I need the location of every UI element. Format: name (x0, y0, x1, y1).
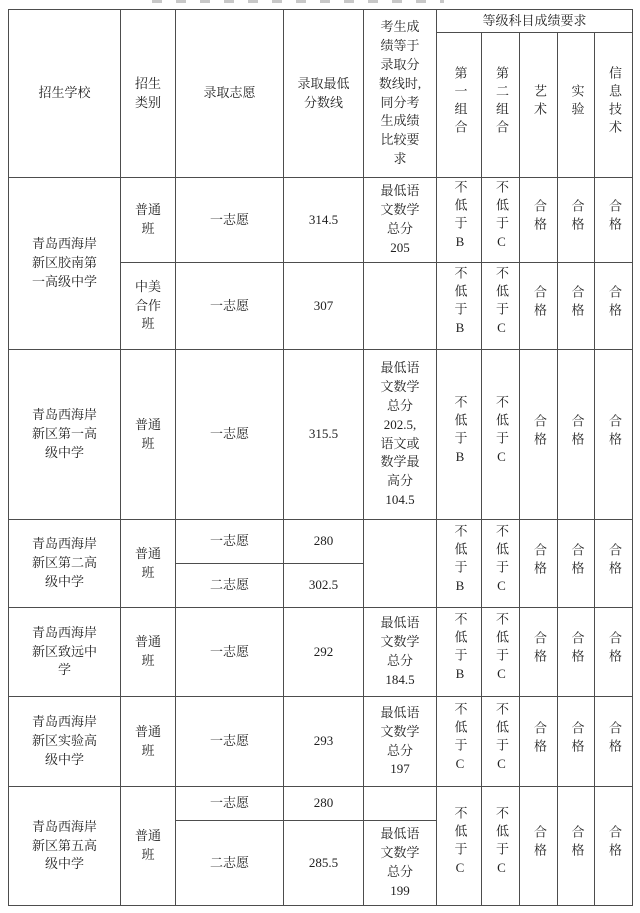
admission-cutoff-table: 招生学校 招生 类别 录取志愿 录取最低 分数线 考生成 绩等于 录取分 数线时… (8, 9, 633, 906)
grade-it-cell: 合格 (595, 520, 633, 608)
choice-cell: 一志愿 (176, 178, 284, 263)
school-cell: 青岛西海岸 新区第一高 级中学 (9, 350, 121, 520)
grade-art-cell: 合格 (520, 520, 558, 608)
grade-it-value: 合格 (606, 414, 621, 450)
grade-exp-value: 合格 (569, 721, 584, 757)
grade-combo1-cell: 不低于C (437, 697, 482, 787)
grade-combo2-cell: 不低于C (482, 263, 520, 350)
header-grade-combo2-label: 第二组合 (493, 66, 508, 138)
grade-combo2-value: 不低于C (493, 806, 508, 880)
grade-it-cell: 合格 (595, 263, 633, 350)
score-cell: 307 (284, 263, 364, 350)
grade-art-value: 合格 (531, 631, 546, 667)
grade-exp-cell: 合格 (558, 263, 595, 350)
grade-combo2-value: 不低于C (493, 180, 508, 254)
grade-combo1-cell: 不低于B (437, 520, 482, 608)
header-tiebreak: 考生成 绩等于 录取分 数线时, 同分考 生成绩 比较要 求 (364, 10, 437, 178)
grade-combo1-value: 不低于C (452, 702, 467, 776)
score-cell: 302.5 (284, 564, 364, 608)
grade-combo1-value: 不低于B (452, 395, 467, 469)
header-grade-art-label: 艺术 (531, 84, 546, 120)
grade-combo1-value: 不低于B (452, 266, 467, 340)
grade-art-cell: 合格 (520, 697, 558, 787)
grade-combo2-value: 不低于C (493, 524, 508, 598)
category-cell: 普通 班 (121, 350, 176, 520)
grade-combo1-value: 不低于B (452, 180, 467, 254)
category-cell: 普通 班 (121, 608, 176, 697)
choice-cell: 一志愿 (176, 697, 284, 787)
header-grade-combo1: 第一组合 (437, 33, 482, 178)
grade-art-cell: 合格 (520, 350, 558, 520)
grade-combo1-cell: 不低于B (437, 178, 482, 263)
grade-exp-cell: 合格 (558, 787, 595, 906)
cropped-text-remnant (152, 0, 444, 3)
header-category: 招生 类别 (121, 10, 176, 178)
choice-cell: 一志愿 (176, 350, 284, 520)
grade-exp-cell: 合格 (558, 350, 595, 520)
choice-cell: 二志愿 (176, 821, 284, 906)
category-cell: 普通 班 (121, 178, 176, 263)
grade-art-value: 合格 (531, 543, 546, 579)
grade-it-value: 合格 (606, 199, 621, 235)
grade-art-value: 合格 (531, 721, 546, 757)
grade-combo1-cell: 不低于C (437, 787, 482, 906)
grade-exp-value: 合格 (569, 543, 584, 579)
grade-it-value: 合格 (606, 825, 621, 861)
grade-exp-cell: 合格 (558, 697, 595, 787)
grade-combo2-value: 不低于C (493, 395, 508, 469)
score-cell: 285.5 (284, 821, 364, 906)
header-school: 招生学校 (9, 10, 121, 178)
grade-combo1-value: 不低于B (452, 524, 467, 598)
grade-it-value: 合格 (606, 721, 621, 757)
choice-cell: 一志愿 (176, 608, 284, 697)
grade-art-cell: 合格 (520, 178, 558, 263)
tiebreak-cell (364, 263, 437, 350)
tiebreak-cell: 最低语 文数学 总分 199 (364, 821, 437, 906)
grade-art-value: 合格 (531, 199, 546, 235)
grade-combo1-value: 不低于C (452, 806, 467, 880)
grade-combo2-value: 不低于C (493, 266, 508, 340)
category-cell: 普通 班 (121, 520, 176, 608)
grade-art-value: 合格 (531, 414, 546, 450)
grade-art-cell: 合格 (520, 263, 558, 350)
grade-art-value: 合格 (531, 285, 546, 321)
choice-cell: 一志愿 (176, 520, 284, 564)
grade-it-cell: 合格 (595, 178, 633, 263)
school-cell: 青岛西海岸 新区第五高 级中学 (9, 787, 121, 906)
grade-art-cell: 合格 (520, 787, 558, 906)
score-cell: 280 (284, 787, 364, 821)
grade-exp-value: 合格 (569, 631, 584, 667)
grade-art-cell: 合格 (520, 608, 558, 697)
grade-combo2-cell: 不低于C (482, 697, 520, 787)
category-cell: 普通 班 (121, 697, 176, 787)
grade-exp-cell: 合格 (558, 178, 595, 263)
grade-exp-value: 合格 (569, 825, 584, 861)
school-cell: 青岛西海岸 新区致远中 学 (9, 608, 121, 697)
tiebreak-cell: 最低语 文数学 总分 184.5 (364, 608, 437, 697)
choice-cell: 二志愿 (176, 564, 284, 608)
grade-it-value: 合格 (606, 543, 621, 579)
school-cell: 青岛西海岸 新区胶南第 一高级中学 (9, 178, 121, 350)
tiebreak-cell (364, 787, 437, 821)
choice-cell: 一志愿 (176, 263, 284, 350)
tiebreak-cell: 最低语 文数学 总分 205 (364, 178, 437, 263)
score-cell: 280 (284, 520, 364, 564)
header-grade-combo1-label: 第一组合 (452, 66, 467, 138)
tiebreak-cell: 最低语 文数学 总分 202.5, 语文或 数学最 高分 104.5 (364, 350, 437, 520)
grade-combo2-cell: 不低于C (482, 608, 520, 697)
header-grade-art: 艺术 (520, 33, 558, 178)
choice-cell: 一志愿 (176, 787, 284, 821)
grade-combo1-value: 不低于B (452, 612, 467, 686)
header-grade-combo2: 第二组合 (482, 33, 520, 178)
grade-combo2-cell: 不低于C (482, 178, 520, 263)
grade-exp-cell: 合格 (558, 520, 595, 608)
school-cell: 青岛西海岸 新区实验高 级中学 (9, 697, 121, 787)
school-cell: 青岛西海岸 新区第二高 级中学 (9, 520, 121, 608)
header-grade-it-label: 信息技术 (606, 66, 621, 138)
score-cell: 292 (284, 608, 364, 697)
grade-it-value: 合格 (606, 285, 621, 321)
grade-combo2-value: 不低于C (493, 612, 508, 686)
grade-combo2-cell: 不低于C (482, 350, 520, 520)
grade-art-value: 合格 (531, 825, 546, 861)
grade-combo2-cell: 不低于C (482, 787, 520, 906)
category-cell: 中美 合作 班 (121, 263, 176, 350)
header-min-score: 录取最低 分数线 (284, 10, 364, 178)
tiebreak-cell (364, 520, 437, 608)
grade-it-cell: 合格 (595, 608, 633, 697)
grade-it-cell: 合格 (595, 787, 633, 906)
grade-exp-value: 合格 (569, 285, 584, 321)
grade-exp-cell: 合格 (558, 608, 595, 697)
header-grade-it: 信息技术 (595, 33, 633, 178)
grade-combo1-cell: 不低于B (437, 608, 482, 697)
header-grade-exp-label: 实验 (569, 84, 584, 120)
grade-it-cell: 合格 (595, 350, 633, 520)
score-cell: 293 (284, 697, 364, 787)
header-grade-exp: 实验 (558, 33, 595, 178)
score-cell: 315.5 (284, 350, 364, 520)
grade-combo1-cell: 不低于B (437, 350, 482, 520)
grade-it-cell: 合格 (595, 697, 633, 787)
grade-combo2-value: 不低于C (493, 702, 508, 776)
grade-exp-value: 合格 (569, 199, 584, 235)
score-cell: 314.5 (284, 178, 364, 263)
grade-combo2-cell: 不低于C (482, 520, 520, 608)
tiebreak-cell: 最低语 文数学 总分 197 (364, 697, 437, 787)
grade-combo1-cell: 不低于B (437, 263, 482, 350)
category-cell: 普通 班 (121, 787, 176, 906)
grade-exp-value: 合格 (569, 414, 584, 450)
header-grade-group: 等级科目成绩要求 (437, 10, 633, 33)
grade-it-value: 合格 (606, 631, 621, 667)
header-choice: 录取志愿 (176, 10, 284, 178)
